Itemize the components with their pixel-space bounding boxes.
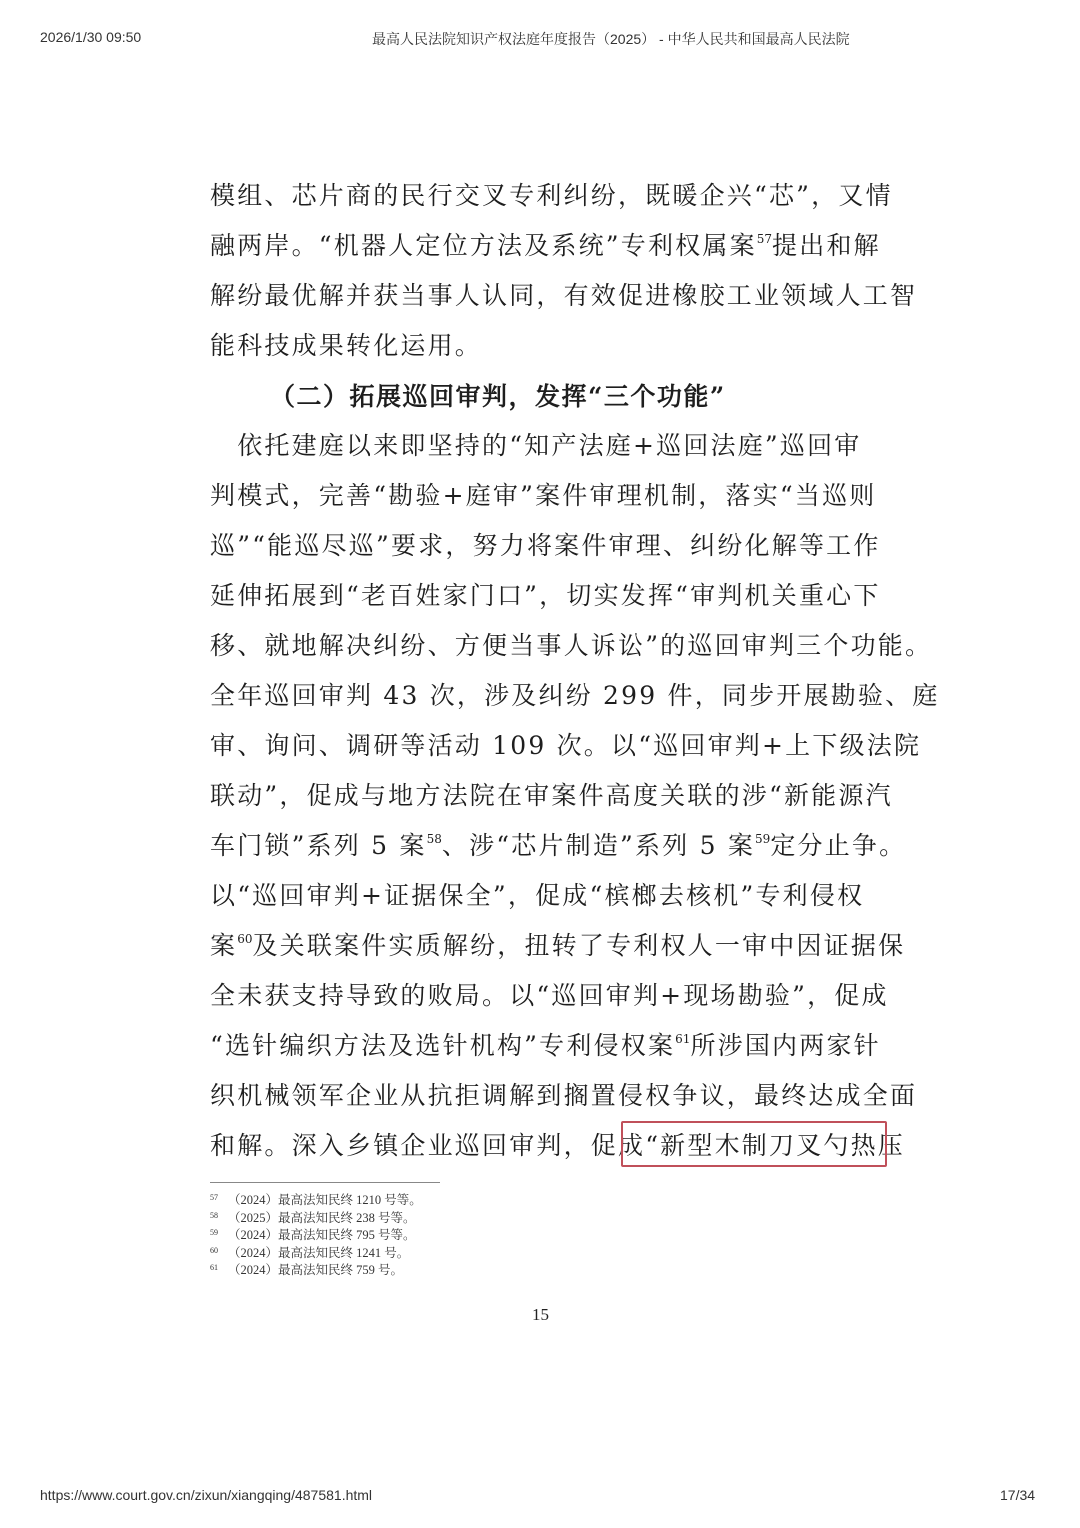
body-text-line: 织机械领军企业从抗拒调解到搁置侵权争议，最终达成全面 bbox=[210, 1076, 917, 1112]
body-text-line: 全未获支持导致的败局。以“巡回审判+现场勘验”，促成 bbox=[210, 976, 889, 1012]
print-page-title: 最高人民法院知识产权法庭年度报告（2025） - 中华人民共和国最高人民法院 bbox=[372, 29, 850, 49]
footnote-item: 60（2024）最高法知民终 1241 号。 bbox=[210, 1243, 409, 1261]
body-text-line: “选针编织方法及选针机构”专利侵权案61所涉国内两家针 bbox=[210, 1026, 881, 1062]
body-text-line: 依托建庭以来即坚持的“知产法庭+巡回法庭”巡回审 bbox=[210, 426, 862, 462]
footnote-item: 61（2024）最高法知民终 759 号。 bbox=[210, 1260, 403, 1278]
body-text-line: 能科技成果转化运用。 bbox=[210, 326, 482, 362]
body-text-line: 车门锁”系列 5 案58、涉“芯片制造”系列 5 案59定分止争。 bbox=[210, 826, 906, 862]
body-text-line: 延伸拓展到“老百姓家门口”，切实发挥“审判机关重心下 bbox=[210, 576, 881, 612]
body-text-line: 融两岸。“机器人定位方法及系统”专利权属案57提出和解 bbox=[210, 226, 881, 262]
footnote-ref: 59 bbox=[755, 832, 770, 846]
print-datetime: 2026/1/30 09:50 bbox=[40, 29, 141, 45]
footnote-item: 58（2025）最高法知民终 238 号等。 bbox=[210, 1208, 416, 1226]
print-footer-page-count: 17/34 bbox=[1000, 1487, 1035, 1503]
body-text-line: 全年巡回审判 43 次，涉及纠纷 299 件，同步开展勘验、庭 bbox=[210, 676, 940, 712]
body-text-line: 审、询问、调研等活动 109 次。以“巡回审判+上下级法院 bbox=[210, 726, 921, 762]
body-text-line: 解纷最优解并获当事人认同，有效促进橡胶工业领域人工智 bbox=[210, 276, 917, 312]
body-text-line: 案60及关联案件实质解纷，扭转了专利权人一审中因证据保 bbox=[210, 926, 905, 962]
section-heading: （二）拓展巡回审判，发挥“三个功能” bbox=[270, 377, 726, 413]
footnote-divider bbox=[210, 1182, 440, 1183]
body-text-line: 以“巡回审判+证据保全”，促成“槟榔去核机”专利侵权 bbox=[210, 876, 864, 912]
print-footer-url: https://www.court.gov.cn/zixun/xiangqing… bbox=[40, 1487, 372, 1503]
footnote-ref: 61 bbox=[675, 1032, 690, 1046]
highlight-annotation-box bbox=[621, 1121, 887, 1167]
body-text-line: 巡”“能巡尽巡”要求，努力将案件审理、纠纷化解等工作 bbox=[210, 526, 881, 562]
footnote-ref: 60 bbox=[237, 932, 252, 946]
footnote-item: 57（2024）最高法知民终 1210 号等。 bbox=[210, 1190, 422, 1208]
footnote-ref: 58 bbox=[427, 832, 442, 846]
body-text-line: 判模式，完善“勘验+庭审”案件审理机制，落实“当巡则 bbox=[210, 476, 877, 512]
body-text-line: 联动”，促成与地方法院在审案件高度关联的涉“新能源汽 bbox=[210, 776, 893, 812]
body-text-line: 模组、芯片商的民行交叉专利纠纷，既暖企兴“芯”，又情 bbox=[210, 176, 893, 212]
footnote-ref: 57 bbox=[757, 232, 772, 246]
body-text-line: 移、就地解决纠纷、方便当事人诉讼”的巡回审判三个功能。 bbox=[210, 626, 932, 662]
document-page-number: 15 bbox=[532, 1305, 549, 1325]
footnote-item: 59（2024）最高法知民终 795 号等。 bbox=[210, 1225, 416, 1243]
